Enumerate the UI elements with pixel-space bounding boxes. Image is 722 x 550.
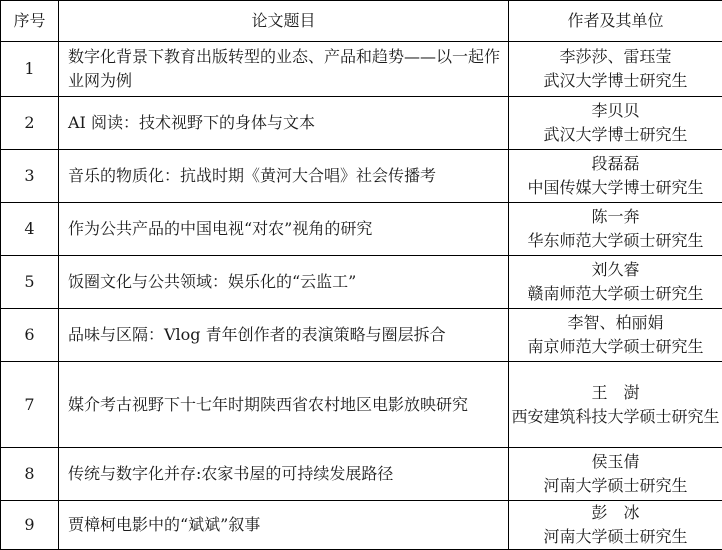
- author-affiliation: 河南大学硕士研究生: [509, 474, 722, 498]
- table-row: 2 AI 阅读：技术视野下的身体与文本 李贝贝 武汉大学博士研究生: [1, 97, 722, 150]
- table-row: 1 数字化背景下教育出版转型的业态、产品和趋势——以一起作业网为例 李莎莎、雷珏…: [1, 42, 722, 97]
- author-cell: 段磊磊 中国传媒大学博士研究生: [509, 150, 722, 203]
- table-row: 7 媒介考古视野下十七年时期陕西省农村地区电影放映研究 王 澍 西安建筑科技大学…: [1, 362, 722, 448]
- author-affiliation: 赣南师范大学硕士研究生: [509, 282, 722, 306]
- author-affiliation: 武汉大学博士研究生: [509, 69, 722, 93]
- table-row: 6 品味与区隔：Vlog 青年创作者的表演策略与圈层拆合 李智、柏丽娟 南京师范…: [1, 309, 722, 362]
- row-number: 9: [1, 501, 59, 547]
- author-affiliation: 华东师范大学硕士研究生: [509, 229, 722, 253]
- row-number: 8: [1, 448, 59, 501]
- author-names: 陈一奔: [509, 205, 722, 229]
- author-names: 段磊磊: [509, 152, 722, 176]
- author-affiliation: 中国传媒大学博士研究生: [509, 176, 722, 200]
- author-affiliation: 河南大学硕士研究生: [509, 525, 722, 546]
- row-number: 3: [1, 150, 59, 203]
- author-cell: 侯玉倩 河南大学硕士研究生: [509, 448, 722, 501]
- author-cell: 陈一奔 华东师范大学硕士研究生: [509, 203, 722, 256]
- author-cell: 李智、柏丽娟 南京师范大学硕士研究生: [509, 309, 722, 362]
- paper-title: 音乐的物质化：抗战时期《黄河大合唱》社会传播考: [59, 150, 509, 203]
- author-names: 李贝贝: [509, 99, 722, 123]
- header-author-affiliation: 作者及其单位: [509, 1, 722, 42]
- paper-title: 饭圈文化与公共领域：娱乐化的“云监工”: [59, 256, 509, 309]
- author-cell: 刘久睿 赣南师范大学硕士研究生: [509, 256, 722, 309]
- row-number: 6: [1, 309, 59, 362]
- row-number: 1: [1, 42, 59, 97]
- author-names: 王 澍: [509, 381, 722, 405]
- header-serial-number: 序号: [1, 1, 59, 42]
- row-number: 4: [1, 203, 59, 256]
- row-number: 7: [1, 362, 59, 448]
- header-paper-title: 论文题目: [59, 1, 509, 42]
- author-names: 刘久睿: [509, 258, 722, 282]
- table-row: 8 传统与数字化并存:农家书屋的可持续发展路径 侯玉倩 河南大学硕士研究生: [1, 448, 722, 501]
- papers-table: 序号 论文题目 作者及其单位 1 数字化背景下教育出版转型的业态、产品和趋势——…: [0, 0, 722, 546]
- author-cell: 彭 冰 河南大学硕士研究生: [509, 501, 722, 547]
- paper-title: 数字化背景下教育出版转型的业态、产品和趋势——以一起作业网为例: [59, 42, 509, 97]
- table-row: 3 音乐的物质化：抗战时期《黄河大合唱》社会传播考 段磊磊 中国传媒大学博士研究…: [1, 150, 722, 203]
- row-number: 5: [1, 256, 59, 309]
- author-cell: 李贝贝 武汉大学博士研究生: [509, 97, 722, 150]
- paper-title: 作为公共产品的中国电视“对农”视角的研究: [59, 203, 509, 256]
- author-cell: 王 澍 西安建筑科技大学硕士研究生: [509, 362, 722, 448]
- table-row: 4 作为公共产品的中国电视“对农”视角的研究 陈一奔 华东师范大学硕士研究生: [1, 203, 722, 256]
- paper-title: 贾樟柯电影中的“斌斌”叙事: [59, 501, 509, 547]
- table-row: 9 贾樟柯电影中的“斌斌”叙事 彭 冰 河南大学硕士研究生: [1, 501, 722, 547]
- row-number: 2: [1, 97, 59, 150]
- author-names: 侯玉倩: [509, 450, 722, 474]
- header-row: 序号 论文题目 作者及其单位: [1, 1, 722, 42]
- paper-title: 传统与数字化并存:农家书屋的可持续发展路径: [59, 448, 509, 501]
- author-names: 李智、柏丽娟: [509, 311, 722, 335]
- paper-title: AI 阅读：技术视野下的身体与文本: [59, 97, 509, 150]
- paper-title: 媒介考古视野下十七年时期陕西省农村地区电影放映研究: [59, 362, 509, 448]
- paper-title: 品味与区隔：Vlog 青年创作者的表演策略与圈层拆合: [59, 309, 509, 362]
- author-names: 李莎莎、雷珏莹: [509, 45, 722, 69]
- table-row: 5 饭圈文化与公共领域：娱乐化的“云监工” 刘久睿 赣南师范大学硕士研究生: [1, 256, 722, 309]
- author-affiliation: 南京师范大学硕士研究生: [509, 335, 722, 359]
- author-affiliation: 武汉大学博士研究生: [509, 123, 722, 147]
- author-affiliation: 西安建筑科技大学硕士研究生: [509, 405, 722, 429]
- author-names: 彭 冰: [509, 501, 722, 525]
- author-cell: 李莎莎、雷珏莹 武汉大学博士研究生: [509, 42, 722, 97]
